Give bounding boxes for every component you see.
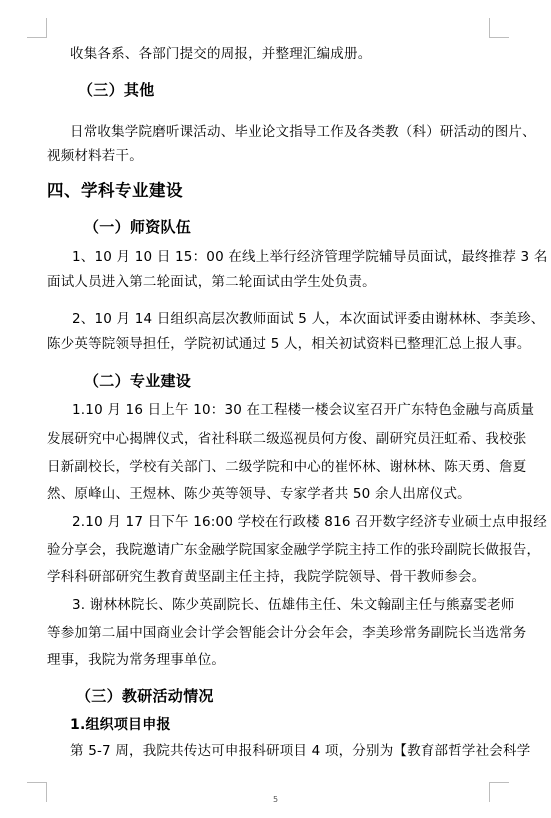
paragraph-line: 发展研究中心揭牌仪式，省社科联二级巡视员何方俊、副研究员汪虹希、我校张 — [47, 430, 527, 448]
document-page: 收集各系、各部门提交的周报，并整理汇编成册。 （三）其他 日常收集学院磨听课活动… — [0, 0, 551, 818]
paragraph-line: 日新副校长，学校有关部门、二级学院和中心的崔怀林、谢林林、陈天勇、詹夏 — [47, 458, 527, 476]
paragraph-line: 陈少英等院领导担任，学院初试通过 5 人，相关初试资料已整理汇总上报人事。 — [47, 335, 531, 353]
paragraph-line: 然、原峰山、王煜林、陈少英等领导、专家学者共 50 余人出席仪式。 — [47, 485, 471, 503]
paragraph-line: 第 5-7 周，我院共传达可申报科研项目 4 项，分别为【教育部哲学社会科学 — [70, 742, 530, 760]
section-heading: （二）专业建设 — [84, 372, 191, 390]
paragraph-line: 2.10 月 17 日下午 16:00 学校在行政楼 816 召开数字经济专业硕… — [72, 513, 547, 531]
paragraph-line: 收集各系、各部门提交的周报，并整理汇编成册。 — [70, 45, 371, 63]
paragraph-line: 验分享会，我院邀请广东金融学院国家金融学学院主持工作的张玲副院长做报告， — [47, 541, 540, 559]
page-number: 5 — [0, 795, 551, 804]
paragraph-line: 2、10 月 14 日组织高层次教师面试 5 人，本次面试评委由谢林林、李美珍、 — [72, 310, 545, 328]
paragraph-line: 理事，我院为常务理事单位。 — [47, 651, 225, 669]
paragraph-line: 面试人员进入第二轮面试，第二轮面试由学生处负责。 — [47, 273, 376, 291]
paragraph-line: 等参加第二届中国商业会计学会智能会计分会年会，李美珍常务副院长当选常务 — [47, 624, 527, 642]
chapter-heading: 四、学科专业建设 — [47, 182, 183, 200]
section-heading: （三）教研活动情况 — [76, 687, 214, 705]
section-heading: （一）师资队伍 — [84, 218, 191, 236]
subsection-heading: 1.组织项目申报 — [70, 716, 171, 734]
paragraph-line: 1、10 月 10 日 15：00 在线上举行经济管理学院辅导员面试，最终推荐 … — [72, 248, 548, 266]
paragraph-line: 3. 谢林林院长、陈少英副院长、伍雄伟主任、朱文翰副主任与熊嘉雯老师 — [72, 596, 514, 614]
crop-mark-top-right — [489, 18, 509, 38]
paragraph-line: 日常收集学院磨听课活动、毕业论文指导工作及各类教（科）研活动的图片、 — [70, 123, 536, 141]
section-heading: （三）其他 — [78, 81, 155, 99]
paragraph-line: 1.10 月 16 日上午 10：30 在工程楼一楼会议室召开广东特色金融与高质… — [72, 401, 534, 419]
paragraph-line: 学科科研部研究生教育黄坚副主任主持，我院学院领导、骨干教师参会。 — [47, 568, 485, 586]
paragraph-line: 视频材料若干。 — [47, 147, 143, 165]
crop-mark-top-left — [27, 18, 47, 38]
